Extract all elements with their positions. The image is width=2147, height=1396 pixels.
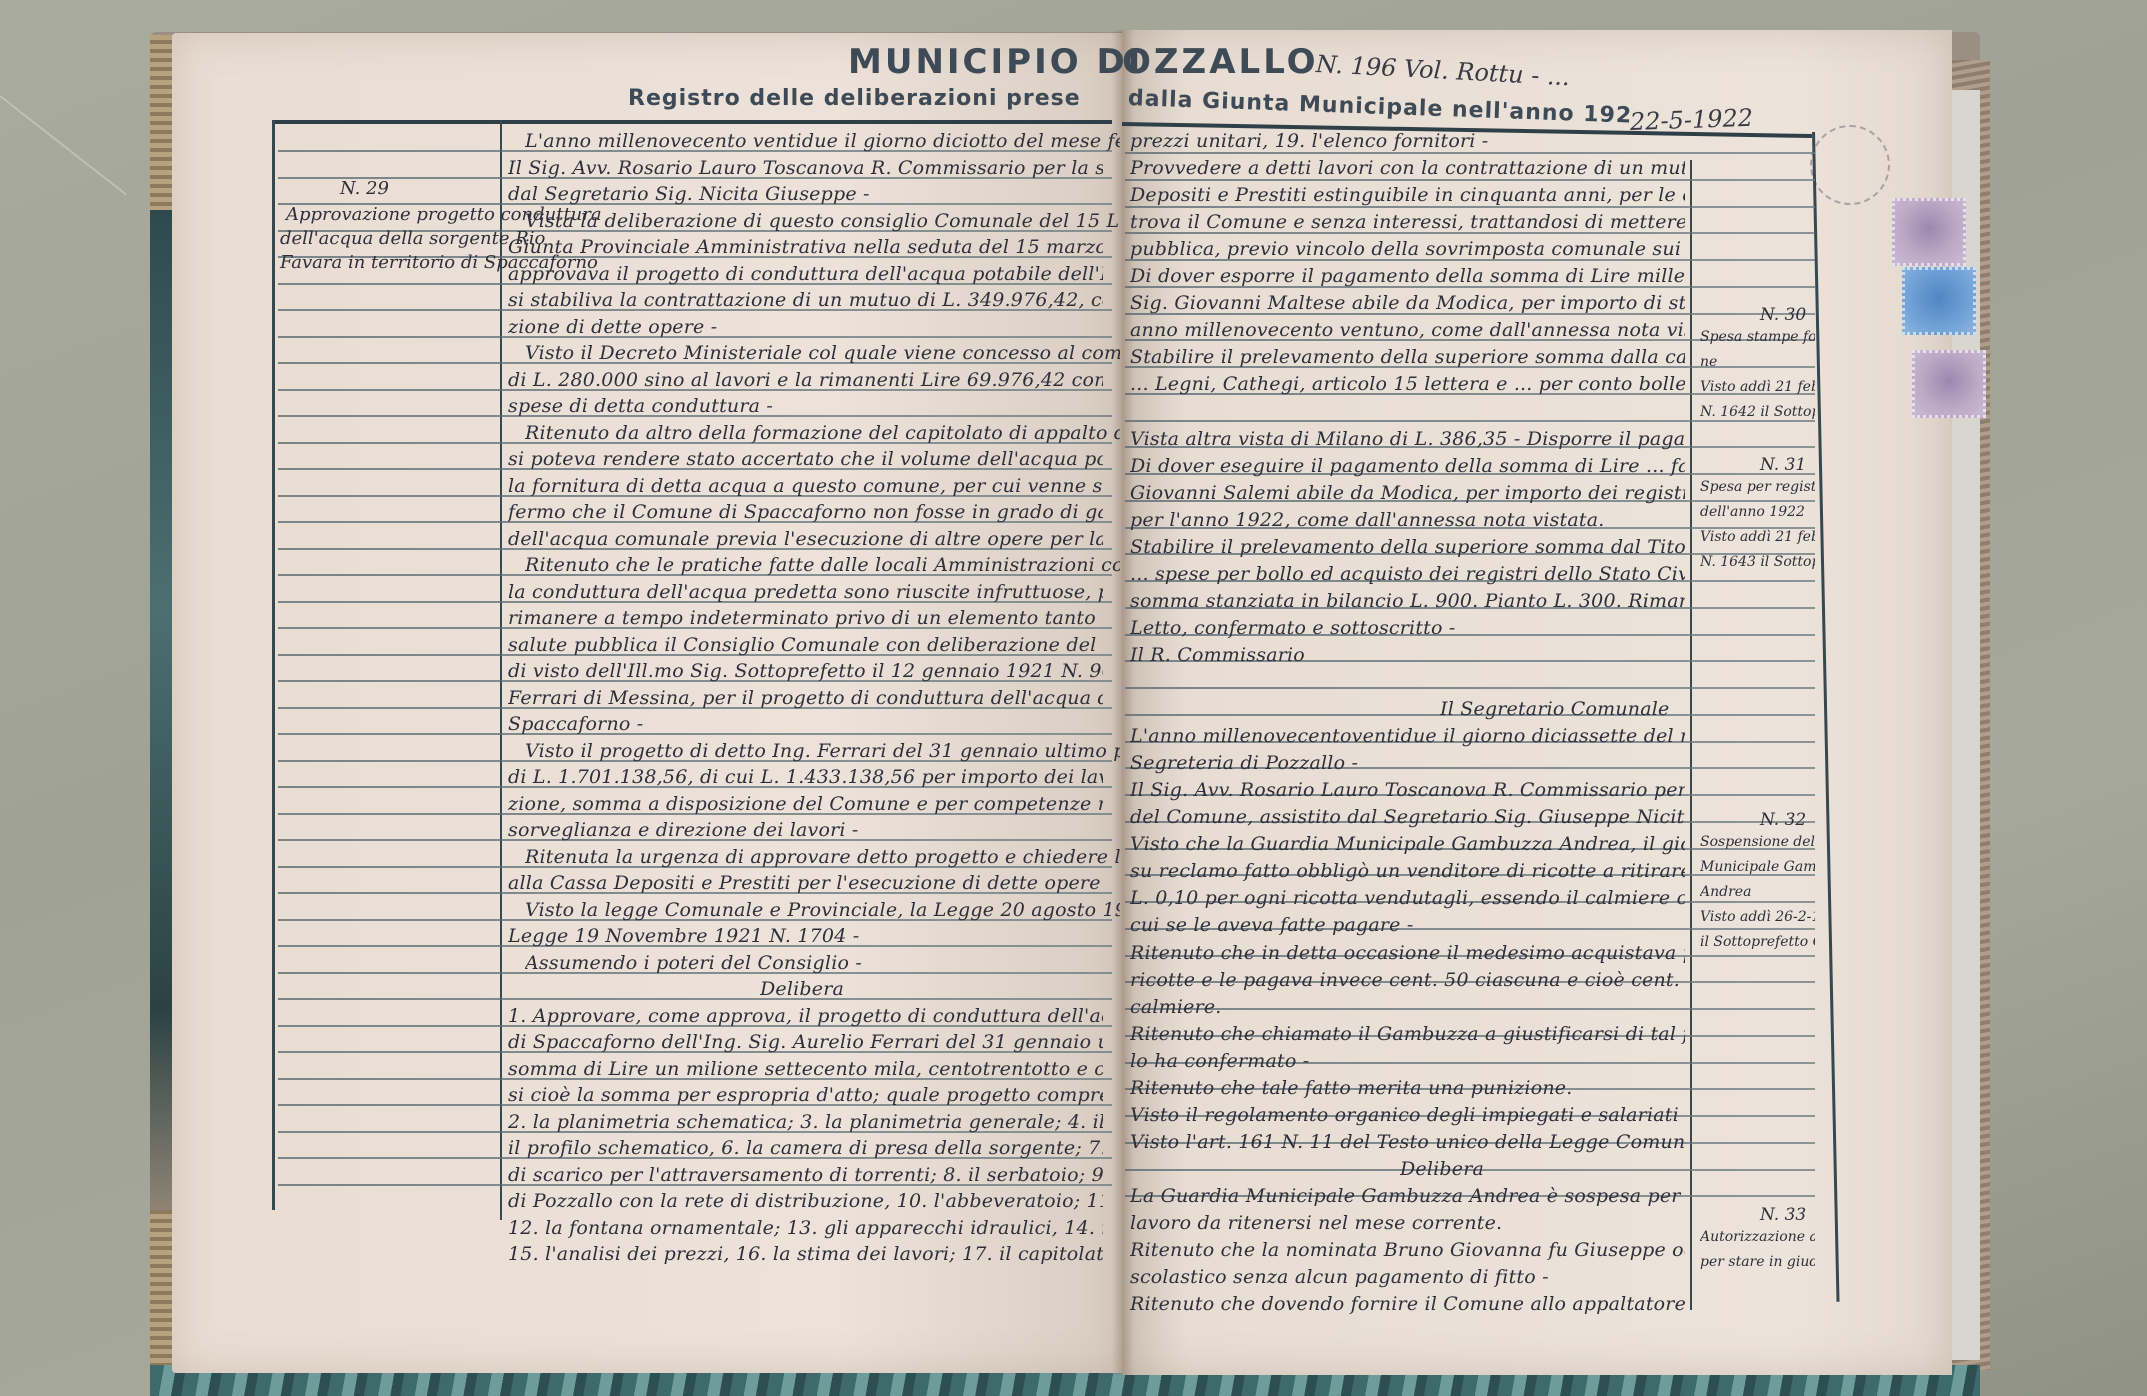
left-body-line: Ritenuta la urgenza di approvare detto p… [525, 846, 1120, 868]
right-margin-entry-number: N. 30 [1760, 305, 1806, 325]
left-body-line: approvava il progetto di conduttura dell… [508, 263, 1103, 285]
left-body-line: Giunta Provinciale Amministrativa nella … [508, 236, 1103, 258]
right-body-line: Di dover eseguire il pagamento della som… [1130, 455, 1685, 477]
left-body-line: di Pozzallo con la rete di distribuzione… [508, 1190, 1103, 1212]
left-body-line: rimanere a tempo indeterminato privo di … [508, 607, 1103, 629]
right-body-line: lo ha confermato - [1130, 1050, 1685, 1072]
right-body-line: Visto il regolamento organico degli impi… [1130, 1104, 1685, 1126]
left-body-line: la fornitura di detta acqua a questo com… [508, 475, 1103, 497]
left-body-line: sorveglianza e direzione dei lavori - [508, 819, 1103, 841]
right-body-line: Stabilire il prelevamento della superior… [1130, 536, 1685, 558]
left-body-line: la conduttura dell'acqua predetta sono r… [508, 581, 1103, 603]
right-margin-line: per stare in giudizio nella causa [1700, 1254, 1815, 1270]
right-margin-line: ne [1700, 354, 1815, 370]
left-body-line: spese di detta conduttura - [508, 395, 1103, 417]
right-body-line: Delibera [1400, 1158, 1955, 1180]
right-margin-line: N. 1642 il Sottoprefetto Corrao [1700, 404, 1815, 420]
right-margin-line: Visto addì 21 febbraio 1922 [1700, 379, 1815, 395]
revenue-stamp-violet [1912, 350, 1986, 418]
margin-divider-right [1690, 160, 1692, 1310]
right-body-line: Ritenuto che la nominata Bruno Giovanna … [1130, 1239, 1685, 1261]
right-body-line: cui se le aveva fatte pagare - [1130, 914, 1685, 936]
header-subtitle-left: Registro delle deliberazioni prese [628, 86, 1081, 111]
right-body-line: Segreteria di Pozzallo - [1130, 752, 1685, 774]
frame-top-left [272, 120, 1112, 124]
left-body-line: Il Sig. Avv. Rosario Lauro Toscanova R. … [508, 157, 1103, 179]
frame-left-border [272, 120, 275, 1210]
left-body-line: L'anno millenovecento ventidue il giorno… [525, 130, 1120, 152]
right-body-line: Ritenuto che tale fatto merita una puniz… [1130, 1077, 1685, 1099]
right-margin-line: Spesa stampe fornite al comu- [1700, 329, 1815, 345]
left-body-line: somma di Lire un milione settecento mila… [508, 1058, 1103, 1080]
left-body-line: zione, somma a disposizione del Comune e… [508, 793, 1103, 815]
left-body-line: Ritenuto da altro della formazione del c… [525, 422, 1120, 444]
left-body-line: di L. 280.000 sino al lavori e la rimane… [508, 369, 1103, 391]
ruled-line-right [1125, 152, 1815, 154]
left-body-line: di scarico per l'attraversamento di torr… [508, 1164, 1103, 1186]
header-title-left: MUNICIPIO DI [848, 42, 1143, 82]
left-body-line: Ferrari di Messina, per il progetto di c… [508, 687, 1103, 709]
right-margin-line: N. 1643 il Sottoprefetto Corrao [1700, 554, 1815, 570]
right-body-line: L'anno millenovecentoventidue il giorno … [1130, 725, 1685, 747]
right-body-line: Vista altra vista di Milano di L. 386,35… [1130, 428, 1685, 450]
right-body-line: Stabilire il prelevamento della superior… [1130, 346, 1685, 368]
right-body-line: lavoro da ritenersi nel mese corrente. [1130, 1212, 1685, 1234]
right-body-line: La Guardia Municipale Gambuzza Andrea è … [1130, 1185, 1685, 1207]
right-body-line: Il Segretario Comunale [1440, 698, 1995, 720]
left-body-line: salute pubblica il Consiglio Comunale co… [508, 634, 1103, 656]
left-body-line: 1. Approvare, come approva, il progetto … [508, 1005, 1103, 1027]
right-body-line: del Comune, assistito dal Segretario Sig… [1130, 806, 1685, 828]
left-body-line: 2. la planimetria schematica; 3. la plan… [508, 1111, 1103, 1133]
left-margin-entry-number: N. 29 [340, 178, 389, 199]
right-body-line: ... spese per bollo ed acquisto dei regi… [1130, 563, 1685, 585]
right-body-line: Letto, confermato e sottoscritto - [1130, 617, 1685, 639]
right-body-line: ... Legni, Cathegi, articolo 15 lettera … [1130, 373, 1685, 395]
margin-divider-left [500, 120, 502, 1220]
left-margin-line: dell'acqua della sorgente Rio [280, 228, 545, 249]
right-body-line: Visto l'art. 161 N. 11 del Testo unico d… [1130, 1131, 1685, 1153]
ruled-line-right [1125, 687, 1815, 689]
right-body-line: Il Sig. Avv. Rosario Lauro Toscanova R. … [1130, 779, 1685, 801]
left-body-line: zione di dette opere - [508, 316, 1103, 338]
right-body-line: Ritenuto che in detta occasione il medes… [1130, 942, 1685, 964]
left-body-line: 12. la fontana ornamentale; 13. gli appa… [508, 1217, 1103, 1239]
right-margin-entry-number: N. 32 [1760, 810, 1806, 830]
right-body-line: trova il Comune e senza interessi, tratt… [1130, 211, 1685, 233]
revenue-stamp-blue [1902, 267, 1976, 335]
left-body-line: di L. 1.701.138,56, di cui L. 1.433.138,… [508, 766, 1103, 788]
right-body-line: Giovanni Salemi abile da Modica, per imp… [1130, 482, 1685, 504]
right-body-line: L. 0,10 per ogni ricotta vendutagli, ess… [1130, 887, 1685, 909]
left-body-line: si cioè la somma per espropria d'atto; q… [508, 1084, 1103, 1106]
book-spine-marbled [150, 210, 172, 1210]
right-margin-line: Autorizzazione al R. Commissario [1700, 1229, 1815, 1245]
right-body-line: somma stanziata in bilancio L. 900. Pian… [1130, 590, 1685, 612]
right-body-line: Ritenuto che dovendo fornire il Comune a… [1130, 1293, 1685, 1315]
right-margin-line: Sospensione della Guardia [1700, 834, 1815, 850]
left-body-line: di Spaccaforno dell'Ing. Sig. Aurelio Fe… [508, 1031, 1103, 1053]
right-body-line: Di dover esporre il pagamento della somm… [1130, 265, 1685, 287]
right-margin-line: Andrea [1700, 884, 1815, 900]
right-body-line: Provvedere a detti lavori con la contrat… [1130, 157, 1685, 179]
left-body-line: Spaccaforno - [508, 713, 1103, 735]
left-body-line: Visto il Decreto Ministeriale col quale … [525, 342, 1120, 364]
left-body-line: Legge 19 Novembre 1921 N. 1704 - [508, 925, 1103, 947]
left-body-line: si stabiliva la contrattazione di un mut… [508, 289, 1103, 311]
ruled-line-right [1125, 179, 1815, 181]
right-body-line: su reclamo fatto obbligò un venditore di… [1130, 860, 1685, 882]
left-body-line: Visto il progetto di detto Ing. Ferrari … [525, 740, 1120, 762]
revenue-stamp-violet [1892, 198, 1966, 266]
right-body-line: Ritenuto che chiamato il Gambuzza a gius… [1130, 1023, 1685, 1045]
right-body-line: Visto che la Guardia Municipale Gambuzza… [1130, 833, 1685, 855]
right-body-line: Sig. Giovanni Maltese abile da Modica, p… [1130, 292, 1685, 314]
right-body-line: pubblica, previo vincolo della sovrimpos… [1130, 238, 1685, 260]
right-body-line: ricotte e le pagava invece cent. 50 cias… [1130, 969, 1685, 991]
right-margin-line: Spesa per registri Stato Civile [1700, 479, 1815, 495]
left-body-line: si poteva rendere stato accertato che il… [508, 448, 1103, 470]
right-body-line: prezzi unitari, 19. l'elenco fornitori - [1130, 130, 1685, 152]
right-margin-line: Municipale Gambuzza [1700, 859, 1815, 875]
left-body-line: alla Cassa Depositi e Prestiti per l'ese… [508, 872, 1103, 894]
right-margin-line: dell'anno 1922 [1700, 504, 1815, 520]
right-margin-entry-number: N. 33 [1760, 1205, 1806, 1225]
right-body-line: per l'anno 1922, come dall'annessa nota … [1130, 509, 1685, 531]
left-body-line: dell'acqua comunale previa l'esecuzione … [508, 528, 1103, 550]
postmark-stamp [1810, 125, 1890, 205]
left-body-line: dal Segretario Sig. Nicita Giuseppe - [508, 183, 1103, 205]
left-body-line: Ritenuto che le pratiche fatte dalle loc… [525, 554, 1120, 576]
right-body-line: Depositi e Prestiti estinguibile in cinq… [1130, 184, 1685, 206]
left-body-line: 15. l'analisi dei prezzi, 16. la stima d… [508, 1243, 1103, 1265]
left-body-line: Assumendo i poteri del Consiglio - [525, 952, 1120, 974]
right-body-line: anno millenovecento ventuno, come dall'a… [1130, 319, 1685, 341]
right-body-line: scolastico senza alcun pagamento di fitt… [1130, 1266, 1685, 1288]
left-body-line: di visto dell'Ill.mo Sig. Sottoprefetto … [508, 660, 1103, 682]
right-margin-entry-number: N. 31 [1760, 455, 1806, 475]
right-margin-line: Visto addì 21 febbraio 1922 [1700, 529, 1815, 545]
left-body-line: il profilo schematico, 6. la camera di p… [508, 1137, 1103, 1159]
header-title-right: OZZALLO [1122, 42, 1319, 82]
left-body-line: Visto la legge Comunale e Provinciale, l… [525, 899, 1120, 921]
right-margin-line: il Sottoprefetto Corrao [1700, 934, 1815, 950]
left-body-line: Vista la deliberazione di questo consigl… [525, 210, 1120, 232]
right-body-line: calmiere. [1130, 996, 1685, 1018]
left-body-line: fermo che il Comune di Spaccaforno non f… [508, 501, 1103, 523]
right-margin-line: Visto addì 26-2-1922 N. 1641 [1700, 909, 1815, 925]
right-body-line: Il R. Commissario [1130, 644, 1685, 666]
